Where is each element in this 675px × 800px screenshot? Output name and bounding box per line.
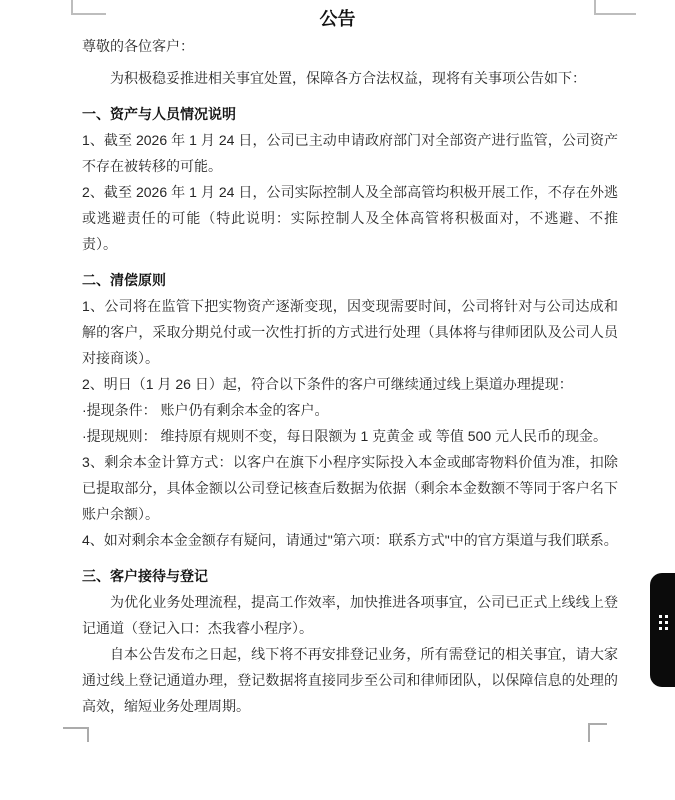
document-body: 尊敬的各位客户： 为积极稳妥推进相关事宜处置，保障各方合法权益，现将有关事项公告… [82,33,618,719]
section-2-bullet-withdraw-rule: ·提现规则： 维持原有规则不变，每日限额为 1 克黄金 或 等值 500 元人民… [82,423,618,449]
section-2-paragraph: 4、如对剩余本金金额存有疑问，请通过"第六项：联系方式"中的官方渠道与我们联系。 [82,527,618,553]
section-1-paragraph: 1、截至 2026 年 1 月 24 日，公司已主动申请政府部门对全部资产进行监… [82,127,618,179]
page-corner-mark-bottom-right [588,723,607,742]
salutation-line: 尊敬的各位客户： [82,33,618,59]
six-dot-drag-handle-icon [659,615,668,630]
section-3-paragraph: 自本公告发布之日起，线下将不再安排登记业务，所有需登记的相关事宜，请大家通过线上… [82,641,618,719]
section-1-heading: 一、资产与人员情况说明 [82,101,618,127]
intro-paragraph: 为积极稳妥推进相关事宜处置，保障各方合法权益，现将有关事项公告如下： [82,65,618,91]
section-2-paragraph: 1、公司将在监管下把实物资产逐渐变现，因变现需要时间，公司将针对与公司达成和解的… [82,293,618,371]
floating-side-widget[interactable] [650,573,675,687]
section-2-paragraph: 2、明日（1 月 26 日）起，符合以下条件的客户可继续通过线上渠道办理提现： [82,371,618,397]
document-page: 公告 尊敬的各位客户： 为积极稳妥推进相关事宜处置，保障各方合法权益，现将有关事… [0,0,675,800]
page-corner-mark-top-left [71,0,106,15]
section-2-paragraph: 3、剩余本金计算方式：以客户在旗下小程序实际投入本金或邮寄物料价值为准，扣除已提… [82,449,618,527]
page-corner-mark-bottom-left [63,727,89,742]
section-3-paragraph: 为优化业务处理流程，提高工作效率，加快推进各项事宜，公司已正式上线线上登记通道（… [82,589,618,641]
section-2-bullet-withdraw-condition: ·提现条件： 账户仍有剩余本金的客户。 [82,397,618,423]
section-2-heading: 二、清偿原则 [82,267,618,293]
section-3-heading: 三、客户接待与登记 [82,563,618,589]
page-corner-mark-top-right [594,0,636,15]
section-1-paragraph: 2、截至 2026 年 1 月 24 日，公司实际控制人及全部高管均积极开展工作… [82,179,618,257]
